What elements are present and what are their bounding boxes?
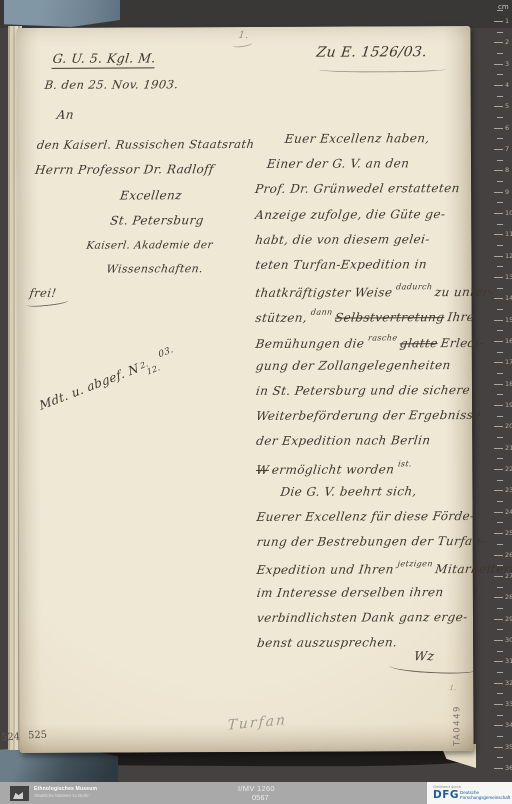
ruler-tick <box>497 394 503 395</box>
ruler-tick <box>494 405 503 406</box>
ruler-tick <box>494 213 503 214</box>
ruler-number: 8 <box>505 166 509 174</box>
ruler-tick <box>494 704 503 705</box>
letter-line: Prof. Dr. Grünwedel erstatteten <box>254 181 463 196</box>
ruler-number: 13 <box>505 273 512 281</box>
letter-line: Anzeige zufolge, die Güte ge- <box>254 207 449 222</box>
ruler-tick <box>497 330 503 331</box>
letter-line: gung der Zollangelegenheiten <box>255 358 455 373</box>
ruler-tick <box>494 533 503 534</box>
letter-line: Weiterbeförderung der Ergebnisse <box>255 408 484 423</box>
ruler-tick <box>497 96 503 97</box>
dfg-panel: Gefördert durch DFG Deutsche Forschungsg… <box>427 782 512 804</box>
ruler-number: 32 <box>505 679 512 687</box>
ruler-number: 11 <box>505 230 512 238</box>
ruler-tick <box>497 651 503 652</box>
letter-line: teten Turfan-Expedition in <box>255 257 431 272</box>
ruler-tick <box>494 683 503 684</box>
ruler-tick <box>494 597 503 598</box>
ruler-number: 3 <box>505 60 509 68</box>
letter-line: Bemühungen dierascheglatteErledi- <box>255 333 489 351</box>
ruler-number: 25 <box>505 529 512 537</box>
letter-line: stützen,dannSelbstvertretungIhre <box>255 307 479 325</box>
ruler-tick <box>497 117 503 118</box>
letter-line: habt, die von diesem gelei- <box>255 232 434 247</box>
ruler-number: 34 <box>505 721 512 729</box>
museum-name: Ethnologisches Museum <box>34 786 97 792</box>
letter-body: Euer Excellenz haben,Einer der G. V. an … <box>16 26 473 753</box>
letter-line: Expedition und IhrenjetzigenMitarbeitern <box>256 559 512 577</box>
letter-line: benst auszusprechen. <box>256 635 401 650</box>
measuring-ruler: cm 1234567891011121314151617181920212223… <box>488 0 512 782</box>
ruler-number: 27 <box>505 572 512 580</box>
ruler-number: 7 <box>505 145 509 153</box>
letter-line: im Interesse derselben ihren <box>256 585 447 600</box>
ruler-tick <box>497 544 503 545</box>
ruler-tick <box>494 149 503 150</box>
ruler-number: 2 <box>505 38 509 46</box>
ruler-tick <box>494 298 503 299</box>
ruler-number: 15 <box>505 316 512 324</box>
scan-sequence-number: 0567 <box>252 793 269 802</box>
ruler-number: 35 <box>505 743 512 751</box>
ruler-tick <box>494 576 503 577</box>
ruler-tick <box>494 256 503 257</box>
letter-line: verbindlichsten Dank ganz erge- <box>256 610 471 625</box>
dfg-name-line2: Forschungsgemeinschaft <box>460 795 510 800</box>
ruler-tick <box>494 426 503 427</box>
museum-logo <box>10 786 29 801</box>
ruler-tick <box>494 192 503 193</box>
ruler-tick <box>497 416 503 417</box>
ruler-tick <box>497 352 503 353</box>
ruler-number: 4 <box>505 81 509 89</box>
ruler-tick <box>494 640 503 641</box>
ruler-tick <box>497 458 503 459</box>
ruler-tick <box>494 128 503 129</box>
ruler-tick <box>497 693 503 694</box>
ruler-tick <box>494 448 503 449</box>
ruler-tick <box>494 725 503 726</box>
letter-line: Einer der G. V. an den <box>266 156 413 171</box>
ruler-number: 22 <box>505 465 512 473</box>
ruler-number: 20 <box>505 422 512 430</box>
ruler-number: 18 <box>505 380 512 388</box>
ruler-tick <box>494 21 503 22</box>
ruler-tick <box>497 181 503 182</box>
ruler-number: 12 <box>505 252 512 260</box>
ruler-tick <box>497 715 503 716</box>
ruler-number: 21 <box>505 444 512 452</box>
ruler-number: 5 <box>505 102 509 110</box>
ruler-tick <box>494 384 503 385</box>
ruler-tick <box>497 138 503 139</box>
dfg-name-line1: Deutsche <box>460 790 479 795</box>
museum-subtitle: Staatliche Museen zu Berlin <box>34 793 90 798</box>
ruler-number: 19 <box>505 401 512 409</box>
ruler-number: 30 <box>505 636 512 644</box>
ruler-tick <box>497 480 503 481</box>
ruler-tick <box>497 757 503 758</box>
dfg-logo: DFG <box>433 789 459 801</box>
ruler-tick <box>494 768 503 769</box>
letter-line: Euer Excellenz haben, <box>284 131 433 146</box>
ruler-tick <box>494 661 503 662</box>
ruler-tick <box>497 309 503 310</box>
ruler-number: 14 <box>505 294 512 302</box>
ruler-tick <box>494 490 503 491</box>
ruler-tick <box>497 672 503 673</box>
ruler-number: 23 <box>505 486 512 494</box>
letter-line: Wermöglicht wordenist. <box>255 459 415 477</box>
ruler-tick <box>497 437 503 438</box>
ruler-tick <box>497 266 503 267</box>
ruler-tick <box>494 277 503 278</box>
ruler-tick <box>497 32 503 33</box>
ruler-tick <box>494 341 503 342</box>
ruler-tick <box>497 565 503 566</box>
photo-reference-vertical: TA0449 <box>452 684 464 746</box>
ruler-tick <box>497 160 503 161</box>
ruler-tick <box>494 320 503 321</box>
ruler-tick <box>497 74 503 75</box>
ruler-number: 33 <box>505 700 512 708</box>
ruler-number: 9 <box>505 188 509 196</box>
ruler-tick <box>494 555 503 556</box>
letter-line: der Expedition nach Berlin <box>255 434 434 449</box>
ruler-tick <box>497 587 503 588</box>
ruler-tick <box>494 85 503 86</box>
ruler-number: 16 <box>505 337 512 345</box>
ruler-tick <box>494 170 503 171</box>
museum-logo-icon <box>13 792 23 799</box>
ruler-tick <box>497 373 503 374</box>
ruler-tick <box>497 736 503 737</box>
letter-line: Die G. V. beehrt sich, <box>280 484 421 499</box>
ruler-number: 1 <box>505 17 509 25</box>
letter-page: 1. Zu E. 1526/03. G. U. 5. Kgl. M. B. de… <box>16 26 473 753</box>
ruler-tick <box>494 64 503 65</box>
ruler-tick <box>494 512 503 513</box>
ruler-tick <box>497 53 503 54</box>
ruler-number: 17 <box>505 358 512 366</box>
archive-footer-bar: Ethnologisches Museum Staatliche Museen … <box>0 782 512 804</box>
ruler-tick <box>494 42 503 43</box>
letter-line: rung der Bestrebungen der Turfan- <box>256 534 489 549</box>
ruler-tick <box>497 629 503 630</box>
page-number-right: 525 <box>28 730 47 742</box>
ruler-tick <box>494 469 503 470</box>
ruler-tick <box>497 288 503 289</box>
ruler-tick <box>497 501 503 502</box>
ruler-tick <box>494 747 503 748</box>
ruler-number: 31 <box>505 657 512 665</box>
inventory-number: I/MV 1260 <box>238 784 275 793</box>
ruler-tick <box>494 619 503 620</box>
ruler-tick <box>497 245 503 246</box>
scan-photo: 1. Zu E. 1526/03. G. U. 5. Kgl. M. B. de… <box>0 0 512 804</box>
ruler-tick <box>497 224 503 225</box>
ruler-number: 29 <box>505 615 512 623</box>
ruler-tick <box>497 522 503 523</box>
ruler-tick <box>494 234 503 235</box>
ruler-number: 10 <box>505 209 512 217</box>
page-number-left: 524 <box>1 732 20 744</box>
letter-line: Euerer Excellenz für diese Förde- <box>256 509 479 524</box>
ruler-number: 26 <box>505 551 512 559</box>
ruler-number: 28 <box>505 593 512 601</box>
ruler-number: 24 <box>505 508 512 516</box>
letter-line: thatkräftigster Weisedadurchzu unter- <box>255 282 498 300</box>
ruler-tick <box>494 362 503 363</box>
ruler-tick <box>497 10 503 11</box>
ruler-tick <box>497 202 503 203</box>
ruler-tick <box>497 608 503 609</box>
letter-line: in St. Petersburg und die sichere <box>255 383 474 398</box>
ruler-tick <box>494 106 503 107</box>
ruler-number: 36 <box>505 764 512 772</box>
ruler-number: 6 <box>505 124 509 132</box>
